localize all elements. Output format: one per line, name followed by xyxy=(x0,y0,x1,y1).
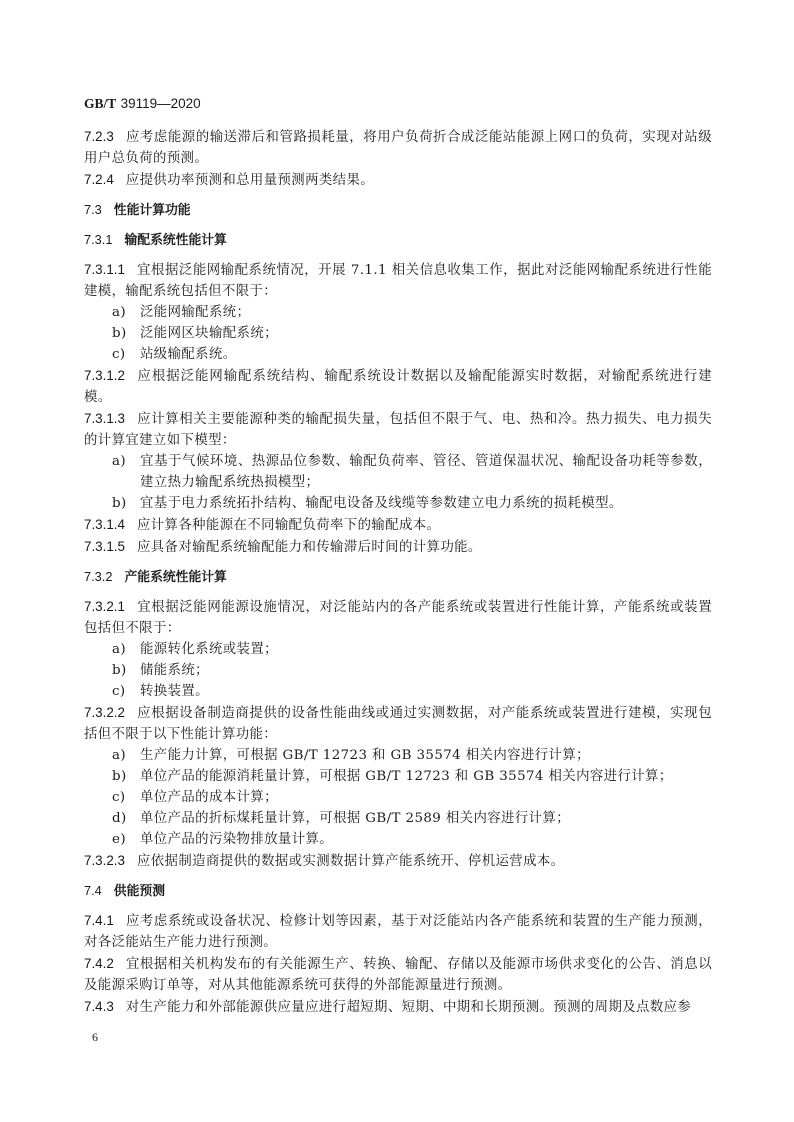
clause-paragraph: 7.3.2.1宜根据泛能网能源设施情况，对泛能站内的各产能系统或装置进行性能计算… xyxy=(84,596,712,639)
clause-text: 应计算各种能源在不同输配负荷率下的输配成本。 xyxy=(137,518,440,533)
list-item-text: 泛能网输配系统； xyxy=(140,305,250,320)
section-heading: 7.3.1输配系统性能计算 xyxy=(84,229,712,251)
clause-paragraph: 7.4.3对生产能力和外部能源供应量应进行超短期、短期、中期和长期预测。预测的周… xyxy=(84,996,712,1018)
clause-text: 应考虑能源的输送滞后和管路损耗量，将用户负荷折合成泛能站能源上网口的负荷，实现对… xyxy=(84,130,712,166)
section-title: 供能预测 xyxy=(114,884,165,899)
clause-number: 7.4.1 xyxy=(84,913,114,928)
section-heading: 7.3.2产能系统性能计算 xyxy=(84,566,712,588)
clause-text: 宜根据泛能网能源设施情况，对泛能站内的各产能系统或装置进行性能计算，产能系统或装… xyxy=(84,600,712,636)
list-item-label: b) xyxy=(112,493,140,514)
list-item-label: a) xyxy=(112,451,140,472)
list-item-text: 宜基于电力系统拓扑结构、输配电设备及线缆等参数建立电力系统的损耗模型。 xyxy=(140,496,623,511)
list-item-label: a) xyxy=(112,639,140,660)
clause-number: 7.3.1.3 xyxy=(84,411,125,426)
list-item-label: a) xyxy=(112,745,140,766)
clause-paragraph: 7.3.1.1宜根据泛能网输配系统情况，开展 7.1.1 相关信息收集工作，据此… xyxy=(84,259,712,302)
list-item-label: c) xyxy=(112,344,140,365)
list-item: c)站级输配系统。 xyxy=(84,344,712,365)
clause-paragraph: 7.4.1应考虑系统或设备状况、检修计划等因素，基于对泛能站内各产能系统和装置的… xyxy=(84,910,712,953)
clause-number: 7.3.1.5 xyxy=(84,539,125,554)
list-item-text: 储能系统； xyxy=(140,663,209,678)
clause-number: 7.4.2 xyxy=(84,956,114,971)
clause-number: 7.4.3 xyxy=(84,999,114,1014)
list-item: c)单位产品的成本计算； xyxy=(84,787,712,808)
clause-number: 7.3.1.4 xyxy=(84,517,125,532)
list-item-text: 能源转化系统或装置； xyxy=(140,642,278,657)
clause-paragraph: 7.3.1.2应根据泛能网输配系统结构、输配系统设计数据以及输配能源实时数据，对… xyxy=(84,365,712,408)
clause-text: 对生产能力和外部能源供应量应进行超短期、短期、中期和长期预测。预测的周期及点数应… xyxy=(126,1000,691,1015)
section-number: 7.4 xyxy=(84,883,102,898)
clause-text: 应计算相关主要能源种类的输配损失量，包括但不限于气、电、热和冷。热力损失、电力损… xyxy=(84,412,712,448)
clause-text: 应根据泛能网输配系统结构、输配系统设计数据以及输配能源实时数据，对输配系统进行建… xyxy=(84,369,712,405)
clause-number: 7.2.3 xyxy=(84,129,114,144)
clause-number: 7.3.2.3 xyxy=(84,853,125,868)
list-item-label: c) xyxy=(112,787,140,808)
clause-number: 7.3.1.2 xyxy=(84,368,125,383)
standard-number: 39119—2020 xyxy=(121,96,201,111)
clause-paragraph: 7.3.2.3应依据制造商提供的数据或实测数据计算产能系统开、停机运营成本。 xyxy=(84,850,712,872)
list-item: a)生产能力计算，可根据 GB/T 12723 和 GB 35574 相关内容进… xyxy=(84,745,712,766)
clause-text: 宜根据相关机构发布的有关能源生产、转换、输配、存储以及能源市场供求变化的公告、消… xyxy=(84,957,712,993)
list-item-label: b) xyxy=(112,660,140,681)
list-item-text: 单位产品的折标煤耗量计算，可根据 GB/T 2589 相关内容进行计算； xyxy=(140,811,570,826)
clause-number: 7.3.2.2 xyxy=(84,705,125,720)
section-heading: 7.4供能预测 xyxy=(84,880,712,902)
list-item: b)储能系统； xyxy=(84,660,712,681)
list-item-label: b) xyxy=(112,323,140,344)
clause-paragraph: 7.3.2.2应根据设备制造商提供的设备性能曲线或通过实测数据，对产能系统或装置… xyxy=(84,702,712,745)
clause-text: 应具备对输配系统输配能力和传输滞后时间的计算功能。 xyxy=(137,540,482,555)
list-item-label: e) xyxy=(112,829,140,850)
clause-text: 应考虑系统或设备状况、检修计划等因素，基于对泛能站内各产能系统和装置的生产能力预… xyxy=(84,914,712,950)
list-item-label: b) xyxy=(112,766,140,787)
page-number: 6 xyxy=(92,1030,98,1045)
list-item-text: 宜基于气候环境、热源品位参数、输配负荷率、管径、管道保温状况、输配设备功耗等参数… xyxy=(140,454,712,490)
clause-paragraph: 7.3.1.5应具备对输配系统输配能力和传输滞后时间的计算功能。 xyxy=(84,536,712,558)
clause-paragraph: 7.3.1.4应计算各种能源在不同输配负荷率下的输配成本。 xyxy=(84,514,712,536)
section-number: 7.3.1 xyxy=(84,232,112,247)
list-item: b)泛能网区块输配系统； xyxy=(84,323,712,344)
list-item: a)宜基于气候环境、热源品位参数、输配负荷率、管径、管道保温状况、输配设备功耗等… xyxy=(84,451,712,493)
list-item: a)泛能网输配系统； xyxy=(84,302,712,323)
clause-number: 7.3.1.1 xyxy=(84,262,125,277)
list-item-text: 单位产品的成本计算； xyxy=(140,790,278,805)
list-item: c)转换装置。 xyxy=(84,681,712,702)
clause-number: 7.2.4 xyxy=(84,172,114,187)
list-item-text: 站级输配系统。 xyxy=(140,347,237,362)
clause-paragraph: 7.3.1.3应计算相关主要能源种类的输配损失量，包括但不限于气、电、热和冷。热… xyxy=(84,408,712,451)
section-title: 产能系统性能计算 xyxy=(124,570,226,585)
document-body: 7.2.3应考虑能源的输送滞后和管路损耗量，将用户负荷折合成泛能站能源上网口的负… xyxy=(84,126,712,1018)
clause-text: 应根据设备制造商提供的设备性能曲线或通过实测数据，对产能系统或装置进行建模，实现… xyxy=(84,706,712,742)
list-item: d)单位产品的折标煤耗量计算，可根据 GB/T 2589 相关内容进行计算； xyxy=(84,808,712,829)
list-item-text: 转换装置。 xyxy=(140,684,209,699)
clause-paragraph: 7.2.4应提供功率预测和总用量预测两类结果。 xyxy=(84,169,712,191)
section-number: 7.3.2 xyxy=(84,569,112,584)
section-title: 性能计算功能 xyxy=(114,203,191,218)
list-item-text: 单位产品的能源消耗量计算，可根据 GB/T 12723 和 GB 35574 相… xyxy=(140,769,673,784)
section-number: 7.3 xyxy=(84,202,102,217)
clause-paragraph: 7.4.2宜根据相关机构发布的有关能源生产、转换、输配、存储以及能源市场供求变化… xyxy=(84,953,712,996)
clause-number: 7.3.2.1 xyxy=(84,599,125,614)
section-title: 输配系统性能计算 xyxy=(124,233,226,248)
clause-paragraph: 7.2.3应考虑能源的输送滞后和管路损耗量，将用户负荷折合成泛能站能源上网口的负… xyxy=(84,126,712,169)
document-page: GB/T 39119—2020 7.2.3应考虑能源的输送滞后和管路损耗量，将用… xyxy=(0,0,794,1122)
list-item: a)能源转化系统或装置； xyxy=(84,639,712,660)
clause-text: 应提供功率预测和总用量预测两类结果。 xyxy=(126,173,374,188)
list-item-label: a) xyxy=(112,302,140,323)
list-item: b)宜基于电力系统拓扑结构、输配电设备及线缆等参数建立电力系统的损耗模型。 xyxy=(84,493,712,514)
list-item-label: c) xyxy=(112,681,140,702)
list-item-text: 单位产品的污染物排放量计算。 xyxy=(140,832,333,847)
list-item: b)单位产品的能源消耗量计算，可根据 GB/T 12723 和 GB 35574… xyxy=(84,766,712,787)
list-item-label: d) xyxy=(112,808,140,829)
clause-text: 宜根据泛能网输配系统情况，开展 7.1.1 相关信息收集工作，据此对泛能网输配系… xyxy=(84,263,712,299)
clause-text: 应依据制造商提供的数据或实测数据计算产能系统开、停机运营成本。 xyxy=(137,854,565,869)
section-heading: 7.3性能计算功能 xyxy=(84,199,712,221)
standard-prefix: GB/T xyxy=(84,96,116,111)
standard-header: GB/T 39119—2020 xyxy=(84,96,213,112)
list-item-text: 泛能网区块输配系统； xyxy=(140,326,278,341)
list-item: e)单位产品的污染物排放量计算。 xyxy=(84,829,712,850)
list-item-text: 生产能力计算，可根据 GB/T 12723 和 GB 35574 相关内容进行计… xyxy=(140,748,590,763)
